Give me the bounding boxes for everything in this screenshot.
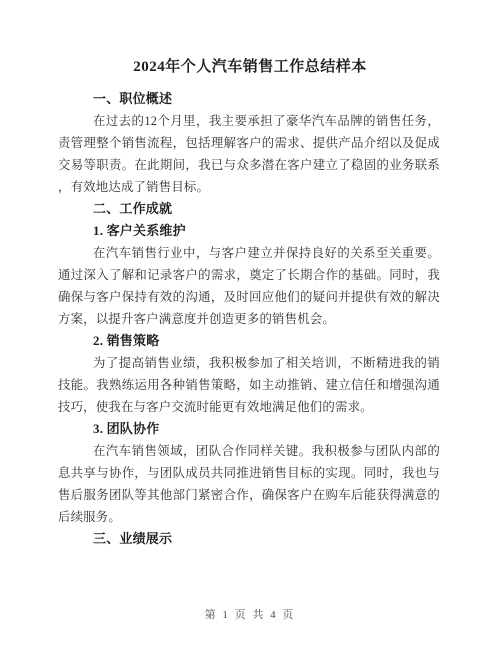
text-line-body-end: 方案，以提升客户满意度并创造更多的销售机会。: [58, 308, 440, 330]
text-line-body-full: 技能。我熟练运用各种销售策略，如主动推销、建立信任和增强沟通: [58, 374, 440, 396]
text-line-heading: 三、业绩展示: [58, 528, 440, 550]
text-line-body-full: 确保与客户保持有效的沟通，及时回应他们的疑问并提供有效的解决: [58, 286, 440, 308]
text-line-body-full: 交易等职责。在此期间，我已与众多潜在客户建立了稳固的业务联系: [58, 154, 440, 176]
page-number-footer: 第 1 页 共 4 页: [0, 607, 500, 623]
text-line-body-first: 在过去的12个月里，我主要承担了豪华汽车品牌的销售任务，负: [58, 110, 440, 132]
text-line-body-end: 技巧，使我在与客户交流时能更有效地满足他们的需求。: [58, 396, 440, 418]
text-line-body-full: 售后服务团队等其他部门紧密合作，确保客户在购车后能获得满意的: [58, 484, 440, 506]
text-line-body-full: 通过深入了解和记录客户的需求，奠定了长期合作的基础。同时，我: [58, 264, 440, 286]
text-line-body-full: 息共享与协作，与团队成员共同推进销售目标的实现。同时，我也与: [58, 462, 440, 484]
text-line-subheading: 1. 客户关系维护: [58, 220, 440, 242]
text-line-body-end: ，有效地达成了销售目标。: [58, 176, 440, 198]
text-line-body-end: 后续服务。: [58, 506, 440, 528]
text-line-heading: 二、工作成就: [58, 198, 440, 220]
text-line-body-first: 在汽车销售领域，团队合作同样关键。我积极参与团队内部的信: [58, 440, 440, 462]
text-line-subheading: 2. 销售策略: [58, 330, 440, 352]
text-line-body-full: 责管理整个销售流程，包括理解客户的需求、提供产品介绍以及促成: [58, 132, 440, 154]
document-body: 一、职位概述在过去的12个月里，我主要承担了豪华汽车品牌的销售任务，负责管理整个…: [58, 88, 440, 550]
text-line-heading: 一、职位概述: [58, 88, 440, 110]
text-line-subheading: 3. 团队协作: [58, 418, 440, 440]
document-title: 2024年个人汽车销售工作总结样本: [58, 56, 442, 78]
text-line-body-first: 为了提高销售业绩，我积极参加了相关培训，不断精进我的销售: [58, 352, 440, 374]
text-line-body-first: 在汽车销售行业中，与客户建立并保持良好的关系至关重要。我: [58, 242, 440, 264]
document-page: 2024年个人汽车销售工作总结样本 一、职位概述在过去的12个月里，我主要承担了…: [0, 0, 500, 647]
